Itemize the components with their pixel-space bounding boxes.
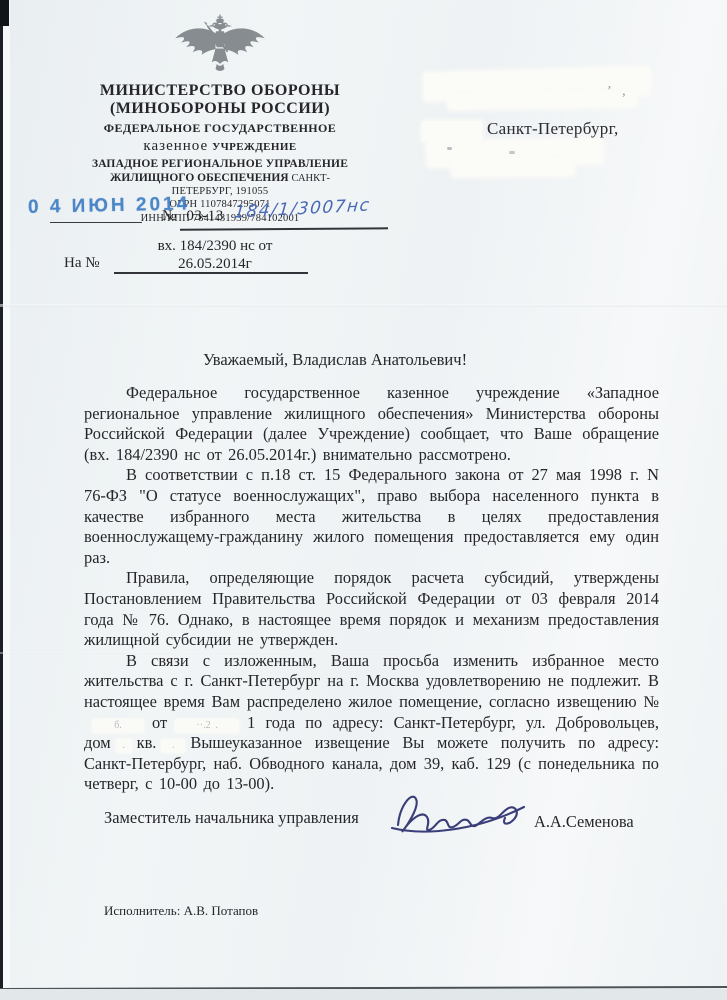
inline-redaction: . xyxy=(161,739,185,753)
paragraph-3: Правила, определяющие порядок расчета су… xyxy=(84,568,659,650)
org-type-line1: ФЕДЕРАЛЬНОЕ ГОСУДАРСТВЕННОЕ xyxy=(50,122,390,136)
greeting-line: Уважаемый, Владислав Анатольевич! xyxy=(85,350,585,370)
outgoing-number-printed: 03-13 xyxy=(186,208,224,224)
org-city-part: САНКТ- xyxy=(291,173,330,184)
recipient-city: Санкт-Петербург, xyxy=(487,119,619,139)
stamp-underline xyxy=(50,222,142,223)
p4-text: от xyxy=(152,713,167,732)
scan-edge-left-highlight xyxy=(3,0,10,1000)
redaction-strip xyxy=(452,160,574,177)
org-name-line1: МИНИСТЕРСТВО ОБОРОНЫ xyxy=(50,82,390,100)
paragraph-4: В связи с изложенным, Ваша просьба измен… xyxy=(84,651,659,795)
inline-redaction: ··.2 . xyxy=(175,719,239,733)
redaction-remnant-dot xyxy=(447,147,452,150)
executor-line: Исполнитель: А.В. Потапов xyxy=(104,903,258,919)
faint-pen-marks: ’ , xyxy=(607,84,630,100)
incoming-date: 26.05.2014г xyxy=(150,256,280,273)
ministry-eagle-emblem xyxy=(172,14,268,78)
outgoing-number-underline xyxy=(180,227,388,230)
paragraph-2: В соответствии с п.18 ст. 15 Федеральног… xyxy=(84,465,659,568)
p4-text: кв. xyxy=(137,733,157,752)
redaction-remnant-dot xyxy=(509,151,515,154)
org-type-uchrezhdenie: УЧРЕЖДЕНИЕ xyxy=(212,141,296,153)
signatory-name: А.А.Семенова xyxy=(534,812,634,832)
paper-crease xyxy=(0,304,727,307)
org-division-line1: ЗАПАДНОЕ РЕГИОНАЛЬНОЕ УПРАВЛЕНИЕ xyxy=(50,158,390,171)
scan-edge-bottom-shadow xyxy=(0,989,727,1000)
org-division-line2: ЖИЛИЩНОГО ОБЕСПЕЧЕНИЯ САНКТ- xyxy=(50,172,390,185)
org-type-line2: казенное УЧРЕЖДЕНИЕ xyxy=(50,137,390,155)
org-type-kazennoe: казенное xyxy=(143,138,208,154)
org-division-bold: ЖИЛИЩНОГО ОБЕСПЕЧЕНИЯ xyxy=(110,172,289,184)
redaction-strip xyxy=(422,121,482,142)
inline-redaction: . xyxy=(116,739,132,753)
na-number-label: На № xyxy=(64,255,100,272)
org-name-line2: (МИНОБОРОНЫ РОССИИ) xyxy=(50,100,390,118)
signature-ink xyxy=(388,785,538,843)
paragraph-1: Федеральное государственное казенное учр… xyxy=(84,383,659,465)
outgoing-number: №03-13 xyxy=(162,208,224,225)
number-sign: № xyxy=(162,208,176,224)
incoming-reference: вх. 184/2390 нс от xyxy=(150,238,280,255)
incoming-date-underline xyxy=(114,272,308,274)
p4-text: В связи с изложенным, Ваша просьба измен… xyxy=(84,651,659,711)
inline-redaction: б. xyxy=(92,719,144,733)
letterhead: МИНИСТЕРСТВО ОБОРОНЫ (МИНОБОРОНЫ РОССИИ)… xyxy=(50,14,390,225)
scanned-letter: МИНИСТЕРСТВО ОБОРОНЫ (МИНОБОРОНЫ РОССИИ)… xyxy=(0,0,727,1000)
scan-corner-notch xyxy=(0,0,9,26)
letter-body: Федеральное государственное казенное учр… xyxy=(84,383,659,795)
signatory-title: Заместитель начальника управления xyxy=(104,808,359,828)
